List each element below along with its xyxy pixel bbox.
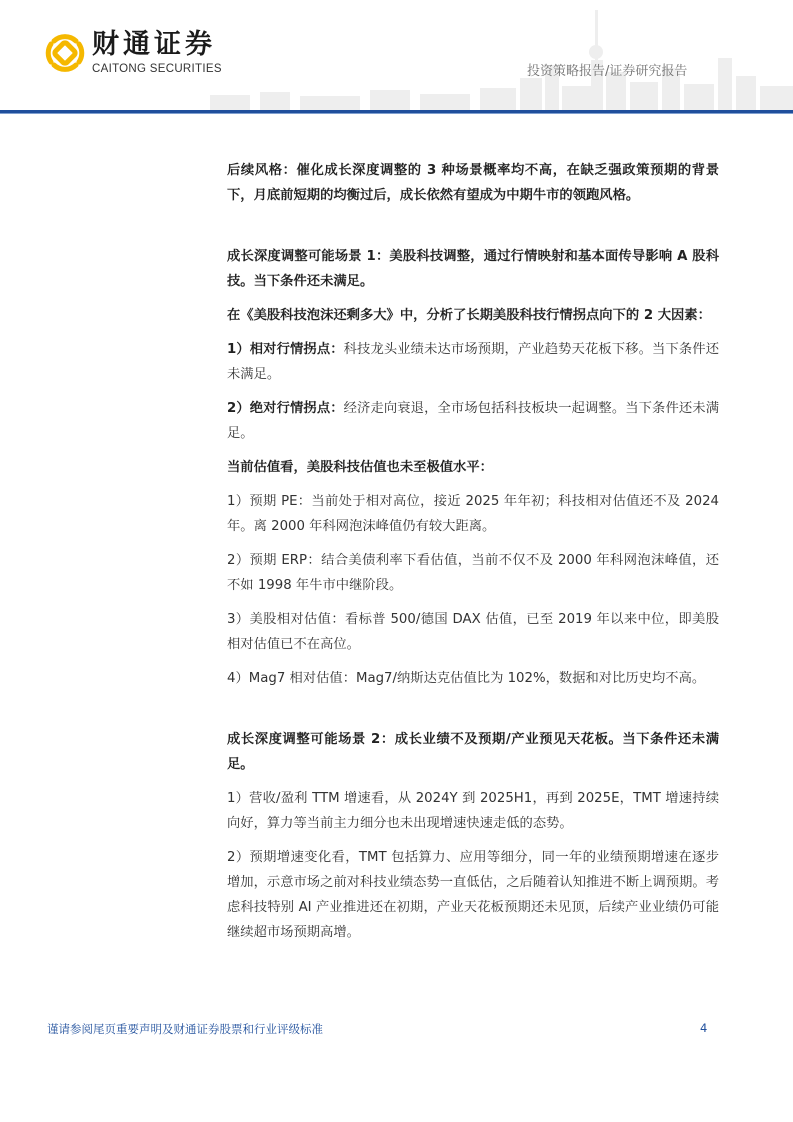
page-number: 4 — [700, 1021, 707, 1035]
paragraph-two-factors-heading: 在《美股科技泡沫还剩多大》中，分析了长期美股科技行情拐点向下的 2 大因素： — [227, 303, 719, 328]
paragraph-valuation-heading: 当前估值看，美股科技估值也未至极值水平： — [227, 455, 719, 480]
report-body: 后续风格：催化成长深度调整的 3 种场景概率均不高，在缺乏强政策预期的背景下，月… — [227, 158, 719, 945]
paragraph-ttm-growth: 1）营收/盈利 TTM 增速看，从 2024Y 到 2025H1，再到 2025… — [227, 786, 719, 836]
paragraph-absolute-inflection: 2）绝对行情拐点：经济走向衰退，全市场包括科技板块一起调整。当下条件还未满足。 — [227, 396, 719, 446]
company-logo: 财通证券 CAITONG SECURITIES — [44, 30, 222, 76]
caitong-logo-icon — [44, 32, 86, 74]
paragraph-scenario-1-heading: 成长深度调整可能场景 1：美股科技调整，通过行情映射和基本面传导影响 A 股科技… — [227, 244, 719, 294]
absolute-inflection-label: 2）绝对行情拐点： — [227, 401, 344, 416]
paragraph-expected-growth: 2）预期增速变化看，TMT 包括算力、应用等细分，同一年的业绩预期增速在逐步增加… — [227, 845, 719, 945]
header-divider-thin — [0, 113, 793, 114]
paragraph-expected-pe: 1）预期 PE：当前处于相对高位，接近 2025 年年初；科技相对估值还不及 2… — [227, 489, 719, 539]
report-type-label: 投资策略报告/证券研究报告 — [527, 60, 687, 79]
logo-chinese-name: 财通证券 — [92, 30, 222, 60]
paragraph-expected-erp: 2）预期 ERP：结合美债利率下看估值，当前不仅不及 2000 年科网泡沫峰值，… — [227, 548, 719, 598]
footer-disclaimer: 谨请参阅尾页重要声明及财通证券股票和行业评级标准 — [47, 1021, 323, 1037]
paragraph-relative-inflection: 1）相对行情拐点：科技龙头业绩未达市场预期，产业趋势天花板下移。当下条件还未满足… — [227, 337, 719, 387]
paragraph-scenario-2-heading: 成长深度调整可能场景 2：成长业绩不及预期/产业预见天花板。当下条件还未满足。 — [227, 727, 719, 777]
logo-english-name: CAITONG SECURITIES — [92, 62, 222, 76]
page-header: 财通证券 CAITONG SECURITIES 投资策略报告/证券研究报告 — [0, 0, 793, 117]
relative-inflection-label: 1）相对行情拐点： — [227, 342, 344, 357]
paragraph-mag7-valuation: 4）Mag7 相对估值：Mag7/纳斯达克估值比为 102%，数据和对比历史均不… — [227, 666, 719, 691]
paragraph-style-outlook: 后续风格：催化成长深度调整的 3 种场景概率均不高，在缺乏强政策预期的背景下，月… — [227, 158, 719, 208]
paragraph-relative-valuation: 3）美股相对估值：看标普 500/德国 DAX 估值，已至 2019 年以来中位… — [227, 607, 719, 657]
